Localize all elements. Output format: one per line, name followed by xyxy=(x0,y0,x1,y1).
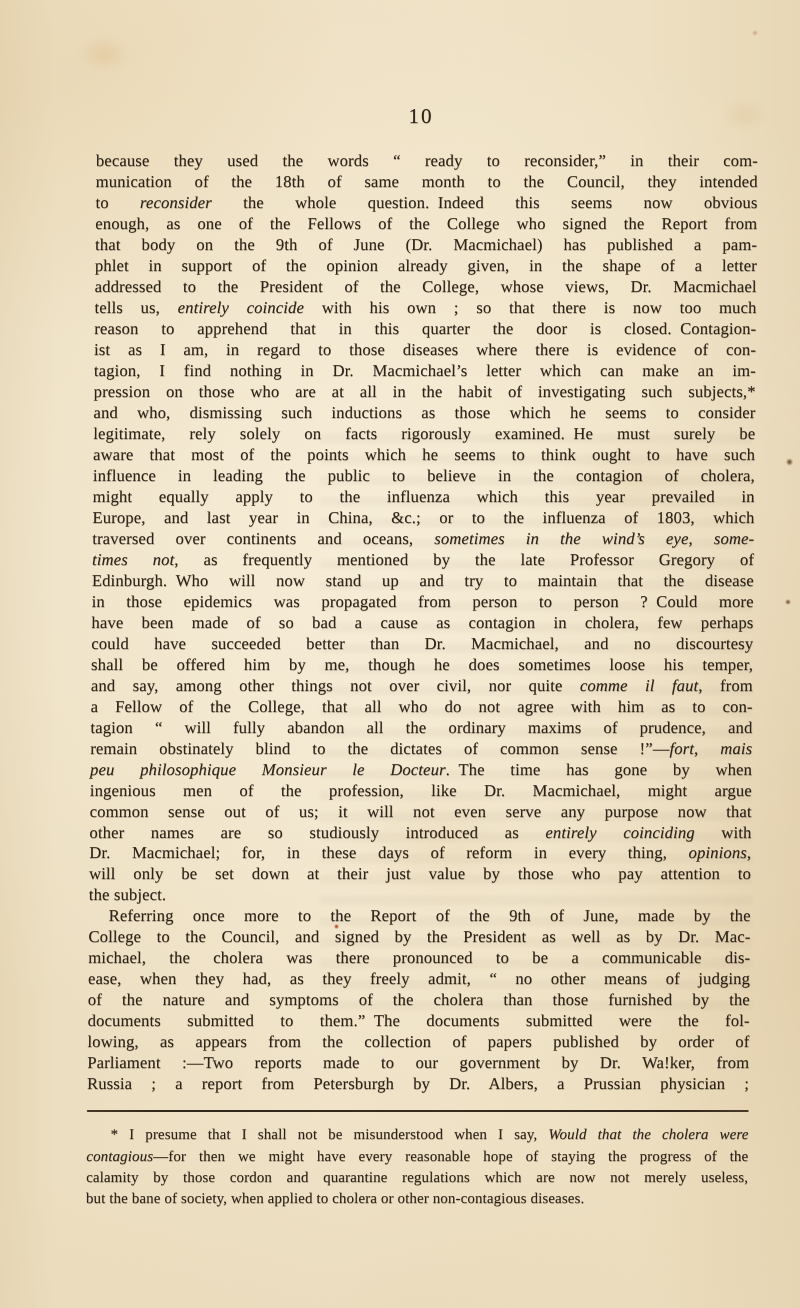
text-line: traversed over continents and oceans, so… xyxy=(92,529,754,550)
text-segment: enough, as one of the Fellows of the Col… xyxy=(95,214,757,233)
scanned-page: 10 because they used the words “ ready t… xyxy=(0,0,800,1308)
text-segment: because they used the words “ ready to r… xyxy=(96,151,758,170)
text-line: times not, as frequently mentioned by th… xyxy=(92,550,754,571)
text-line: remain obstinately blind to the dictates… xyxy=(90,739,752,760)
text-line: pression on those who are at all in the … xyxy=(94,382,756,403)
italic-text-segment: entirely coinciding xyxy=(545,823,695,842)
text-line: have been made of so bad a cause as cont… xyxy=(91,613,753,634)
text-segment: tagion “ will fully abandon all the ordi… xyxy=(90,718,752,737)
italic-text-segment: contagious xyxy=(86,1149,153,1165)
text-line: Parliament :—Two reports made to our gov… xyxy=(87,1053,749,1074)
text-line: documents submitted to them.” The docume… xyxy=(88,1011,750,1032)
italic-text-segment: comme il faut xyxy=(580,676,699,695)
footnote: * I presume that I shall not be misunder… xyxy=(86,1125,749,1210)
text-line: other names are so studiously introduced… xyxy=(89,823,751,844)
text-segment: —for then we might have every reasonable… xyxy=(153,1149,748,1165)
text-line: tells us, entirely coincide with his own… xyxy=(94,298,756,319)
text-segment: the whole question. Indeed this seems no… xyxy=(212,193,758,212)
text-line: enough, as one of the Fellows of the Col… xyxy=(95,214,757,235)
text-segment: with his own ; so that there is now too … xyxy=(304,298,757,317)
text-segment: ist as I am, in regard to those diseases… xyxy=(94,340,756,359)
text-segment: calamity by those cordon and quarantine … xyxy=(86,1170,748,1186)
text-line: might equally apply to the influenza whi… xyxy=(93,487,755,508)
text-line: ingenious men of the profession, like Dr… xyxy=(90,781,752,802)
text-segment: other names are so studiously introduced… xyxy=(89,823,545,842)
text-segment: shall be offered him by me, though he do… xyxy=(91,655,753,674)
text-line: and who, dismissing such inductions as t… xyxy=(93,403,755,424)
text-line: Dr. Macmichael; for, in these days of re… xyxy=(89,843,751,864)
text-line: ease, when they had, as they freely admi… xyxy=(88,969,750,990)
text-line: influence in leading the public to belie… xyxy=(93,466,755,487)
text-segment: but the bane of society, when applied to… xyxy=(86,1191,585,1207)
paper-stain xyxy=(78,36,130,72)
text-line: aware that most of the points which he s… xyxy=(93,445,755,466)
text-segment: College to the Council, and signed by th… xyxy=(88,927,750,946)
text-segment: , xyxy=(694,739,720,758)
text-line: reason to apprehend that in this quarter… xyxy=(94,319,756,340)
text-segment: Dr. Macmichael; for, in these days of re… xyxy=(89,843,688,862)
text-line: common sense out of us; it will not even… xyxy=(90,802,752,823)
text-segment: tells us, xyxy=(94,298,177,317)
text-segment: will only be set down at their just valu… xyxy=(89,864,751,883)
page-number: 10 xyxy=(391,104,451,129)
text-line: * I presume that I shall not be misunder… xyxy=(86,1125,748,1146)
footnote-separator-rule xyxy=(87,1110,749,1112)
foxing-speck xyxy=(752,30,758,36)
italic-text-segment: some- xyxy=(714,529,755,548)
text-segment: to xyxy=(95,193,140,212)
text-segment: remain obstinately blind to the dictates… xyxy=(90,739,669,758)
italic-text-segment: opinions xyxy=(688,843,747,862)
text-segment: Parliament :—Two reports made to our gov… xyxy=(87,1053,749,1072)
text-segment: michael, the cholera was there pronounce… xyxy=(88,948,750,967)
text-line: peu philosophique Monsieur le Docteur. T… xyxy=(90,760,752,781)
foxing-speck xyxy=(785,599,791,605)
text-segment: addressed to the President of the Colleg… xyxy=(95,277,757,296)
text-segment: ingenious men of the profession, like Dr… xyxy=(90,781,752,800)
text-segment: common sense out of us; it will not even… xyxy=(90,802,752,821)
text-segment: a Fellow of the College, that all who do… xyxy=(91,697,753,716)
text-line: munication of the 18th of same month to … xyxy=(96,172,758,193)
italic-text-segment: entirely coincide xyxy=(178,298,305,317)
text-segment: the subject. xyxy=(89,885,167,904)
text-segment: lowing, as appears from the collection o… xyxy=(87,1032,749,1051)
text-segment: tagion, I find nothing in Dr. Macmichael… xyxy=(94,361,756,380)
text-segment: , xyxy=(747,843,751,862)
text-segment: could have succeeded better than Dr. Mac… xyxy=(91,634,753,653)
text-line: in those epidemics was propagated from p… xyxy=(92,592,754,613)
text-line: Referring once more to the Report of the… xyxy=(89,906,751,927)
text-line: michael, the cholera was there pronounce… xyxy=(88,948,750,969)
text-segment: reason to apprehend that in this quarter… xyxy=(94,319,756,338)
text-line: calamity by those cordon and quarantine … xyxy=(86,1168,748,1189)
text-segment: with xyxy=(695,823,752,842)
scan-body: { "page": { "number": "10" }, "colors": … xyxy=(0,0,800,1308)
text-segment: . The time has gone by when xyxy=(446,760,753,779)
text-segment: and say, among other things not over civ… xyxy=(91,676,580,695)
italic-text-segment: Would that the cholera were xyxy=(548,1127,748,1143)
italic-text-segment: mais xyxy=(720,739,752,758)
text-segment: might equally apply to the influenza whi… xyxy=(93,487,755,506)
paper-stain xyxy=(722,100,766,130)
text-segment: legitimate, rely solely on facts rigorou… xyxy=(93,424,755,443)
text-line: to reconsider the whole question. Indeed… xyxy=(95,193,757,214)
text-segment: ease, when they had, as they freely admi… xyxy=(88,969,750,988)
text-line: addressed to the President of the Colleg… xyxy=(95,277,757,298)
text-line: College to the Council, and signed by th… xyxy=(88,927,750,948)
main-text: because they used the words “ ready to r… xyxy=(87,151,758,1095)
text-line: shall be offered him by me, though he do… xyxy=(91,655,753,676)
text-segment: , from xyxy=(698,676,753,695)
text-line: legitimate, rely solely on facts rigorou… xyxy=(93,424,755,445)
text-line: a Fellow of the College, that all who do… xyxy=(91,697,753,718)
text-segment: and who, dismissing such inductions as t… xyxy=(93,403,755,422)
text-line: will only be set down at their just valu… xyxy=(89,864,751,885)
text-segment: phlet in support of the opinion already … xyxy=(95,256,757,275)
text-line: Russia ; a report from Petersburgh by Dr… xyxy=(87,1074,749,1095)
italic-text-segment: fort xyxy=(669,739,694,758)
italic-text-segment: times not xyxy=(92,550,174,569)
text-line: could have succeeded better than Dr. Mac… xyxy=(91,634,753,655)
text-segment: that body on the 9th of June (Dr. Macmic… xyxy=(95,235,757,254)
text-line: that body on the 9th of June (Dr. Macmic… xyxy=(95,235,757,256)
text-line: but the bane of society, when applied to… xyxy=(86,1189,748,1210)
text-line: contagious—for then we might have every … xyxy=(86,1147,748,1168)
text-line: lowing, as appears from the collection o… xyxy=(87,1032,749,1053)
text-segment: aware that most of the points which he s… xyxy=(93,445,755,464)
text-segment: Russia ; a report from Petersburgh by Dr… xyxy=(87,1074,749,1093)
text-segment: influence in leading the public to belie… xyxy=(93,466,755,485)
text-line: tagion, I find nothing in Dr. Macmichael… xyxy=(94,361,756,382)
text-line: the subject. xyxy=(89,885,751,906)
italic-text-segment: peu philosophique Monsieur le Docteur xyxy=(90,760,446,779)
italic-text-segment: sometimes in the wind’s eye xyxy=(434,529,688,548)
text-segment: in those epidemics was propagated from p… xyxy=(92,592,754,611)
text-line: Edinburgh. Who will now stand up and try… xyxy=(92,571,754,592)
text-segment: pression on those who are at all in the … xyxy=(94,382,756,401)
text-line: ist as I am, in regard to those diseases… xyxy=(94,340,756,361)
text-segment: , xyxy=(688,529,714,548)
text-line: because they used the words “ ready to r… xyxy=(96,151,758,172)
text-segment: documents submitted to them.” The docume… xyxy=(88,1011,750,1030)
foxing-speck xyxy=(786,458,793,466)
text-line: tagion “ will fully abandon all the ordi… xyxy=(90,718,752,739)
italic-text-segment: reconsider xyxy=(140,193,212,212)
text-segment: have been made of so bad a cause as cont… xyxy=(91,613,753,632)
text-segment: , as frequently mentioned by the late Pr… xyxy=(174,550,754,569)
text-segment: munication of the 18th of same month to … xyxy=(96,172,758,191)
text-segment: * I presume that I shall not be misunder… xyxy=(110,1127,548,1143)
text-segment: traversed over continents and oceans, xyxy=(92,529,434,548)
page-text-block: because they used the words “ ready to r… xyxy=(86,151,758,1210)
text-line: of the nature and symptoms of the choler… xyxy=(88,990,750,1011)
text-line: phlet in support of the opinion already … xyxy=(95,256,757,277)
text-line: and say, among other things not over civ… xyxy=(91,676,753,697)
text-segment: of the nature and symptoms of the choler… xyxy=(88,990,750,1009)
text-line: Europe, and last year in China, &c.; or … xyxy=(92,508,754,529)
text-segment: Referring once more to the Report of the… xyxy=(109,906,751,925)
text-segment: Europe, and last year in China, &c.; or … xyxy=(92,508,754,527)
text-segment: Edinburgh. Who will now stand up and try… xyxy=(92,571,754,590)
